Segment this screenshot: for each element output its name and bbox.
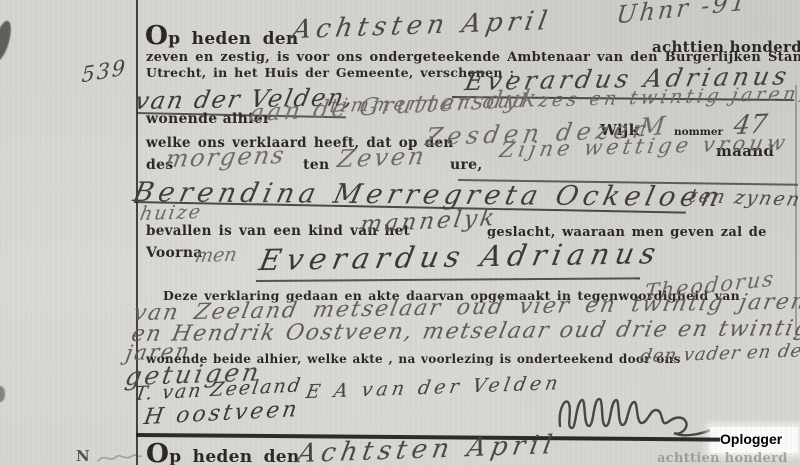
margin-act-number: 539 bbox=[81, 56, 127, 88]
ink-smudge-top-left bbox=[0, 19, 15, 63]
script-kind-voornamen: Everardus Adrianus bbox=[257, 237, 665, 277]
script-geslacht: mannelyk bbox=[358, 206, 499, 239]
script-dagdeel: morgens bbox=[163, 142, 288, 173]
print-utrecht-verschenen: Utrecht, in het Huis der Gemeente, versc… bbox=[146, 66, 514, 80]
registrar-signature-scrawl bbox=[556, 388, 726, 440]
underline-voornamen bbox=[256, 277, 640, 282]
script-huize: huize bbox=[138, 202, 204, 226]
oplogger-watermark: Oplogger bbox=[710, 427, 798, 453]
archive-note: Uhnr -91 bbox=[615, 0, 750, 29]
oplogger-label: Oplogger bbox=[710, 427, 798, 452]
print-ten: ten bbox=[303, 158, 329, 174]
script-men: men bbox=[193, 245, 238, 268]
print-ure: ure, bbox=[450, 158, 483, 174]
signature-father: E A van der Velden bbox=[304, 373, 563, 403]
script-den-vader: den vader en de bbox=[638, 341, 800, 367]
ink-smudge-bottom-left bbox=[0, 386, 5, 402]
script-datum: Achtsten April bbox=[290, 7, 554, 45]
print-op-heden-den-2: Op heden den bbox=[146, 443, 300, 465]
document-scan: Oplogger 539Uhnr -91Op heden denAchtsten… bbox=[0, 0, 800, 465]
script-uur: Zeven bbox=[335, 143, 429, 173]
print-op-heden-den: Op heden den bbox=[145, 25, 299, 49]
print-achttien-honderd-2: achttien honderd bbox=[657, 452, 788, 465]
script-ten-zynen: ten zynen bbox=[687, 186, 800, 211]
margin-bottom-note: N bbox=[76, 448, 90, 465]
